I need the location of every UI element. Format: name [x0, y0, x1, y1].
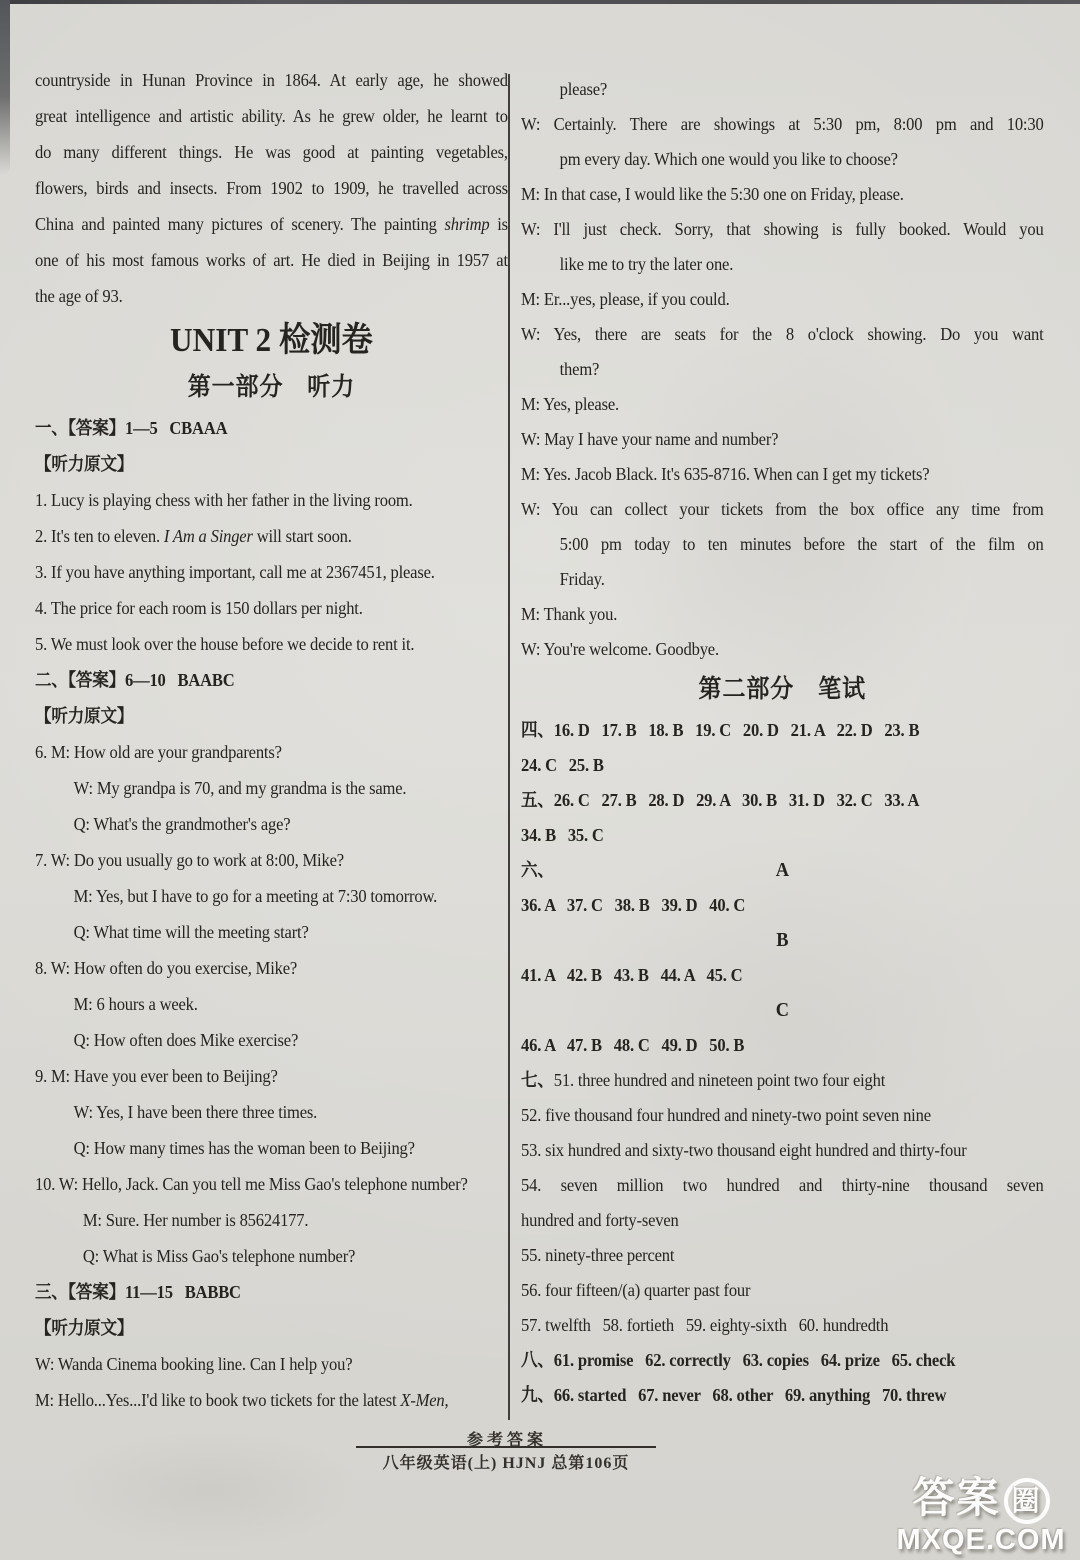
text-line: like me to try the later one.	[521, 247, 1044, 282]
column-divider	[508, 74, 510, 1420]
text-line: 10. W: Hello, Jack. Can you tell me Miss…	[35, 1166, 508, 1202]
text-line: 9. M: Have you ever been to Beijing?	[35, 1058, 508, 1094]
right-text-column: please?W: Certainly. There are showings …	[521, 72, 1044, 1413]
scanned-answer-page: countryside in Hunan Province in 1864. A…	[0, 0, 1080, 1560]
text-line: 2. It's ten to eleven. I Am a Singer wil…	[35, 518, 508, 554]
text-line: 三、【答案】11—15 BABBC	[35, 1274, 508, 1310]
text-line: W: You're welcome. Goodbye.	[521, 632, 1044, 667]
paper-smudge	[60, 1430, 360, 1550]
text-line: 52. five thousand four hundred and ninet…	[521, 1098, 1044, 1133]
text-line: them?	[521, 352, 1044, 387]
text-line: M: In that case, I would like the 5:30 o…	[521, 177, 1044, 212]
text-line: W: Yes, I have been there three times.	[35, 1094, 508, 1130]
text-line: 4. The price for each room is 150 dollar…	[35, 590, 508, 626]
section-title: 第二部分 笔试	[521, 667, 1044, 713]
text-line: Q: What's the grandmother's age?	[35, 806, 508, 842]
text-line: 3. If you have anything important, call …	[35, 554, 508, 590]
group-letter-line: B	[521, 923, 1044, 958]
text-line: flowers, birds and insects. From 1902 to…	[35, 170, 508, 206]
text-line: 八、61. promise 62. correctly 63. copies 6…	[521, 1343, 1044, 1378]
scan-edge-top	[0, 0, 1080, 4]
text-line: M: Thank you.	[521, 597, 1044, 632]
text-line: 56. four fifteen/(a) quarter past four	[521, 1273, 1044, 1308]
text-line: 七、51. three hundred and nineteen point t…	[521, 1063, 1044, 1098]
text-line: 8. W: How often do you exercise, Mike?	[35, 950, 508, 986]
text-line: 【听力原文】	[35, 446, 508, 482]
text-line: M: Hello...Yes...I'd like to book two ti…	[35, 1382, 508, 1418]
text-line: 1. Lucy is playing chess with her father…	[35, 482, 508, 518]
text-line: hundred and forty-seven	[521, 1203, 1044, 1238]
text-line: 7. W: Do you usually go to work at 8:00,…	[35, 842, 508, 878]
text-line: 【听力原文】	[35, 698, 508, 734]
text-line: 5:00 pm today to ten minutes before the …	[521, 527, 1044, 562]
text-line: pm every day. Which one would you like t…	[521, 142, 1044, 177]
text-line: M: Yes, but I have to go for a meeting a…	[35, 878, 508, 914]
watermark-site-name: 答案圈	[886, 1474, 1076, 1524]
text-line: China and painted many pictures of scene…	[35, 206, 508, 242]
text-line: countryside in Hunan Province in 1864. A…	[35, 62, 508, 98]
text-line: 54. seven million two hundred and thirty…	[521, 1168, 1044, 1203]
text-line: 5. We must look over the house before we…	[35, 626, 508, 662]
footer-rule	[356, 1446, 656, 1448]
text-line: 6. M: How old are your grandparents?	[35, 734, 508, 770]
unit-title: UNIT 2 检测卷	[35, 316, 508, 366]
text-line: 九、66. started 67. never 68. other 69. an…	[521, 1378, 1044, 1413]
text-line: please?	[521, 72, 1044, 107]
watermark-logo: 答案圈 MXQE.COM	[886, 1474, 1076, 1556]
text-line: 一、【答案】1—5 CBAAA	[35, 410, 508, 446]
text-line: the age of 93.	[35, 278, 508, 314]
text-line: M: 6 hours a week.	[35, 986, 508, 1022]
watermark-url: MXQE.COM	[886, 1524, 1076, 1556]
text-line: 53. six hundred and sixty-two thousand e…	[521, 1133, 1044, 1168]
text-line: W: I'll just check. Sorry, that showing …	[521, 212, 1044, 247]
watermark-text: 答案	[912, 1474, 1000, 1521]
text-line: one of his most famous works of art. He …	[35, 242, 508, 278]
footer-book-info: 八年级英语(上) HJNJ 总第106页	[346, 1450, 666, 1473]
text-line: Q: What time will the meeting start?	[35, 914, 508, 950]
text-line: 二、【答案】6—10 BAABC	[35, 662, 508, 698]
text-line: Q: How often does Mike exercise?	[35, 1022, 508, 1058]
watermark-circle-glyph: 圈	[1004, 1478, 1050, 1524]
text-line: W: Wanda Cinema booking line. Can I help…	[35, 1346, 508, 1382]
text-line: M: Yes, please.	[521, 387, 1044, 422]
text-line: W: May I have your name and number?	[521, 422, 1044, 457]
text-line: 【听力原文】	[35, 1310, 508, 1346]
scan-edge-left	[0, 0, 10, 175]
text-line: W: My grandpa is 70, and my grandma is t…	[35, 770, 508, 806]
text-line: Friday.	[521, 562, 1044, 597]
left-text-column: countryside in Hunan Province in 1864. A…	[35, 62, 508, 1418]
text-line: 四、16. D 17. B 18. B 19. C 20. D 21. A 22…	[521, 713, 1044, 748]
text-line: 57. twelfth 58. fortieth 59. eighty-sixt…	[521, 1308, 1044, 1343]
text-line: W: Certainly. There are showings at 5:30…	[521, 107, 1044, 142]
text-line: M: Er...yes, please, if you could.	[521, 282, 1044, 317]
text-line: 36. A 37. C 38. B 39. D 40. C	[521, 888, 1044, 923]
text-line: great intelligence and artistic ability.…	[35, 98, 508, 134]
text-line: 五、26. C 27. B 28. D 29. A 30. B 31. D 32…	[521, 783, 1044, 818]
text-line: 34. B 35. C	[521, 818, 1044, 853]
text-line: do many different things. He was good at…	[35, 134, 508, 170]
text-line: Q: How many times has the woman been to …	[35, 1130, 508, 1166]
text-line: M: Yes. Jacob Black. It's 635-8716. When…	[521, 457, 1044, 492]
text-line: W: You can collect your tickets from the…	[521, 492, 1044, 527]
group-letter-line: 六、A	[521, 853, 1044, 888]
text-line: 24. C 25. B	[521, 748, 1044, 783]
group-letter-line: C	[521, 993, 1044, 1028]
text-line: Q: What is Miss Gao's telephone number?	[35, 1238, 508, 1274]
text-line: 55. ninety-three percent	[521, 1238, 1044, 1273]
text-line: 41. A 42. B 43. B 44. A 45. C	[521, 958, 1044, 993]
text-line: W: Yes, there are seats for the 8 o'cloc…	[521, 317, 1044, 352]
text-line: 46. A 47. B 48. C 49. D 50. B	[521, 1028, 1044, 1063]
text-line: M: Sure. Her number is 85624177.	[35, 1202, 508, 1238]
section-title: 第一部分 听力	[35, 366, 508, 410]
